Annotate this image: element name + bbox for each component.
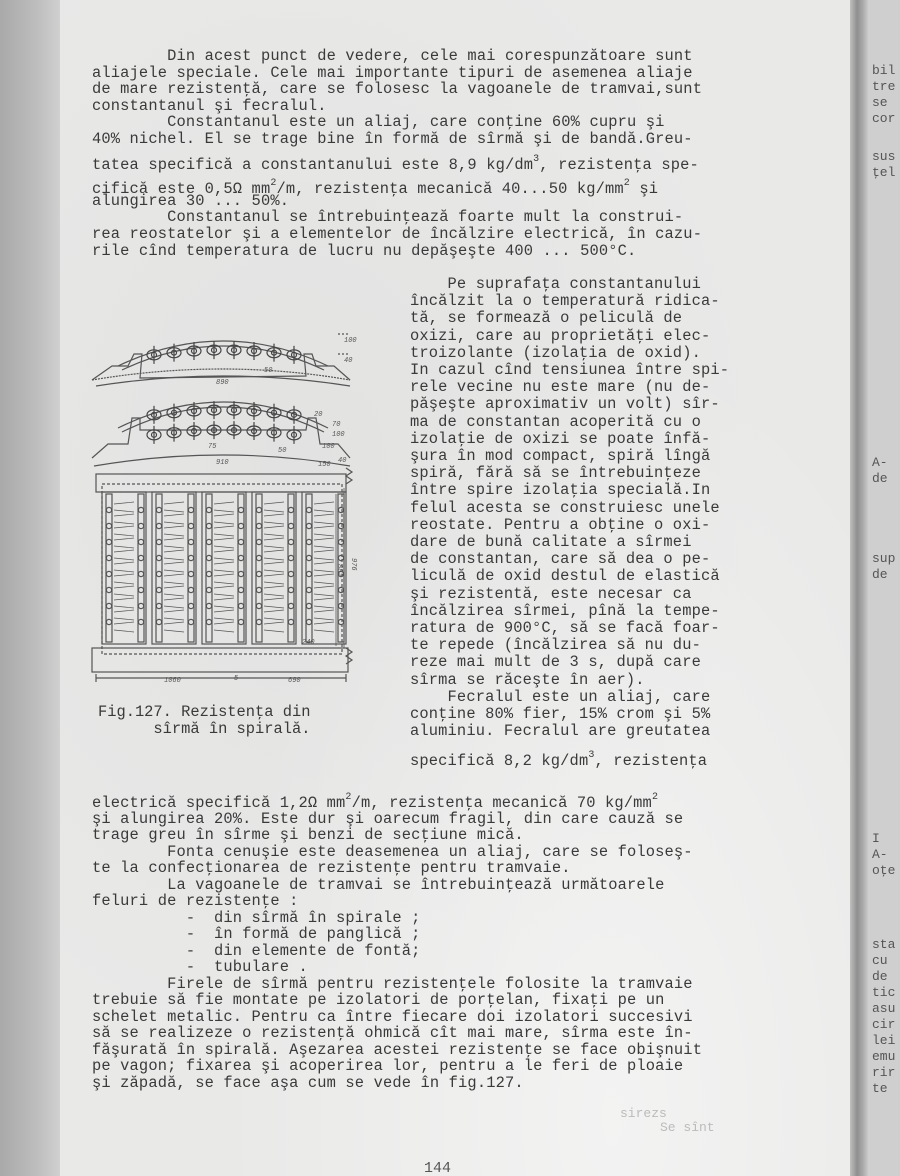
figure-caption-line: sîrmă în spirală. [98, 721, 310, 737]
column-right-line: ma de constantan acoperită cu o [410, 414, 701, 430]
column-right-line: de constantan, care să dea o pe- [410, 551, 710, 567]
column-right-line: şura în mod compact, spiră lîngă [410, 448, 710, 464]
paragraphs-bottom-line: La vagoanele de tramvai se întrebuinţeaz… [92, 877, 665, 893]
show-through-text: sirezs [620, 1106, 667, 1121]
column-right-line: între spire izolaţia specială.In [410, 482, 710, 498]
column-right-line: dare de bună calitate a sîrmei [410, 534, 692, 550]
column-right-line: In cazul cînd tensiunea între spi- [410, 362, 729, 378]
column-right-line: izolaţie de oxizi se poate înfă- [410, 431, 710, 447]
figure-127-resistor-drawing: 100 40 50 890 20 70 100 100 40 75 50 150… [88, 318, 358, 688]
column-right-line: oxizi, care au proprietăţi elec- [410, 328, 710, 344]
paragraphs-bottom-line: trage greu în sîrme şi benzi de secţiune… [92, 827, 524, 843]
paragraphs-bottom-line: - din elemente de fontă; [92, 943, 421, 959]
page-number: 144 [424, 1160, 451, 1176]
paragraphs-top-line: alungirea 30 ... 50%. [92, 193, 289, 209]
paragraphs-bottom-line: - în formă de panglică ; [92, 926, 421, 942]
paragraphs-bottom-line: te la confecţionarea de rezistenţe pentr… [92, 860, 571, 876]
column-right-line: aluminiu. Fecralul are greutatea [410, 723, 710, 739]
paragraphs-top-line: constantanul şi fecralul. [92, 98, 327, 114]
svg-text:40: 40 [344, 357, 352, 365]
adjacent-page-text-fragment: te [872, 1082, 888, 1096]
svg-text:20: 20 [314, 411, 322, 419]
paragraphs-top-line: de mare rezistenţă, care se folosesc la … [92, 81, 702, 97]
svg-text:690: 690 [288, 677, 301, 685]
book-gutter [850, 0, 868, 1176]
adjacent-page-text-fragment: de [872, 472, 888, 486]
svg-text:976: 976 [349, 558, 357, 571]
svg-text:70: 70 [332, 421, 340, 429]
adjacent-page-text-fragment: sus [872, 150, 895, 164]
adjacent-page-text-fragment: sup [872, 552, 895, 566]
paragraphs-bottom-line: schelet metalic. Pentru ca între fiecare… [92, 1009, 693, 1025]
column-right-line: troizolante (izolaţia de oxid). [410, 345, 701, 361]
svg-text:910: 910 [216, 459, 229, 467]
column-right-line: spiră, fără să se întrebuinţeze [410, 465, 701, 481]
column-right-line: ratura de 900°C, să se facă foar- [410, 620, 720, 636]
adjacent-page-text-fragment: cu [872, 954, 888, 968]
svg-text:890: 890 [216, 379, 229, 387]
svg-text:40: 40 [338, 457, 346, 465]
svg-text:75: 75 [208, 443, 217, 451]
svg-text:150: 150 [318, 461, 331, 469]
paragraphs-bottom-line: făşurată în spirală. Aşezarea acestei re… [92, 1042, 702, 1058]
resistor-diagram-icon: 100 40 50 890 20 70 100 100 40 75 50 150… [88, 318, 358, 688]
adjacent-page-text-fragment: cor [872, 112, 895, 126]
adjacent-page-text-fragment: I [872, 832, 880, 846]
column-right-line: reostate. Pentru a obţine o oxi- [410, 517, 710, 533]
adjacent-page-text-fragment: tre [872, 80, 895, 94]
svg-text:100: 100 [322, 443, 335, 451]
paragraphs-top-line: aliajele speciale. Cele mai importante t… [92, 65, 693, 81]
adjacent-page-text-fragment: asu [872, 1002, 895, 1016]
column-right-line: Fecralul este un aliaj, care [410, 689, 710, 705]
paragraphs-bottom-line: Firele de sîrmă pentru rezistenţele folo… [92, 976, 693, 992]
show-through-text: Se sînt [660, 1120, 715, 1135]
column-right-line: felul acesta se construiesc unele [410, 500, 720, 516]
column-right-line: conţine 80% fier, 15% crom şi 5% [410, 706, 710, 722]
svg-text:1060: 1060 [164, 677, 181, 685]
column-right-line: te repede (încălzirea să nu du- [410, 637, 701, 653]
svg-text:5: 5 [234, 675, 239, 683]
svg-text:100: 100 [344, 337, 357, 345]
column-right-line: liculă de oxid destul de elastică [410, 568, 720, 584]
paragraphs-top-line: 40% nichel. El se trage bine în formă de… [92, 131, 693, 147]
paragraphs-top-line: rea reostatelor şi a elementelor de încă… [92, 226, 702, 242]
column-right-line: tă, se formează o peliculă de [410, 310, 682, 326]
paragraphs-bottom-line: trebuie să fie montate pe izolatori de p… [92, 992, 665, 1008]
paragraphs-bottom-line: - tubulare . [92, 959, 308, 975]
paragraphs-bottom-line: electrică specifică 1,2Ω mm2/m, rezisten… [92, 790, 658, 811]
adjacent-page-text-fragment: A- [872, 456, 888, 470]
adjacent-page-text-fragment: oţe [872, 864, 895, 878]
adjacent-page-text-fragment: de [872, 970, 888, 984]
paragraphs-bottom-line: pe vagon; fixarea şi acoperirea lor, pen… [92, 1058, 683, 1074]
paragraphs-bottom-line: şi alungirea 20%. Este dur şi oarecum fr… [92, 811, 683, 827]
svg-text:50: 50 [264, 367, 272, 375]
column-right-line: specifică 8,2 kg/dm3, rezistenţa [410, 748, 707, 769]
adjacent-page-text-fragment: cir [872, 1018, 895, 1032]
column-right-line: sîrma se răceşte în aer). [410, 672, 645, 688]
svg-text:882: 882 [335, 564, 343, 577]
adjacent-page-text-fragment: de [872, 568, 888, 582]
adjacent-page-text-fragment: sta [872, 938, 895, 952]
scan-left-shadow [0, 0, 60, 1176]
paragraphs-bottom-line: şi zăpadă, se face aşa cum se vede în fi… [92, 1075, 524, 1091]
paragraphs-top-line: Din acest punct de vedere, cele mai core… [92, 48, 693, 64]
column-right-line: încălzit la o temperatură ridica- [410, 293, 720, 309]
adjacent-page-text-fragment: rir [872, 1066, 895, 1080]
paragraphs-bottom-line: feluri de rezistenţe : [92, 893, 299, 909]
paragraphs-top-line: tatea specifică a constantanului este 8,… [92, 152, 699, 173]
adjacent-page-text-fragment: ţel [872, 166, 895, 180]
paragraphs-bottom-line: Fonta cenuşie este deasemenea un aliaj, … [92, 844, 693, 860]
adjacent-page-text-fragment: A- [872, 848, 888, 862]
column-right-line: Pe suprafaţa constantanului [410, 276, 701, 292]
adjacent-page-edge: biltresecorsusţelA-desupdeIA-oţestacudet… [868, 0, 900, 1176]
column-right-line: încălzirea sîrmei, pînă la tempe- [410, 603, 720, 619]
paragraphs-top-line: rile cînd temperatura de lucru nu depăşe… [92, 243, 636, 259]
figure-caption-line: Fig.127. Rezistenţa din [98, 704, 310, 720]
svg-text:240: 240 [302, 639, 315, 647]
paragraphs-bottom-line: - din sîrmă în spirale ; [92, 910, 421, 926]
adjacent-page-text-fragment: emu [872, 1050, 895, 1064]
paragraphs-top-line: Constantanul se întrebuinţează foarte mu… [92, 209, 683, 225]
paragraphs-bottom-line: să se realizeze o rezistenţă ohmică cît … [92, 1025, 693, 1041]
adjacent-page-text-fragment: tic [872, 986, 895, 1000]
adjacent-page-text-fragment: lei [872, 1034, 895, 1048]
column-right-line: şi rezistentă, este necesar ca [410, 586, 692, 602]
paragraphs-top-line: Constantanul este un aliaj, care conţine… [92, 114, 665, 130]
adjacent-page-text-fragment: se [872, 96, 888, 110]
adjacent-page-text-fragment: bil [872, 64, 895, 78]
column-right-line: păşeşte aproximativ un volt) sîr- [410, 396, 720, 412]
column-right-line: reze mai mult de 3 s, după care [410, 654, 701, 670]
svg-text:100: 100 [332, 431, 345, 439]
column-right-line: rele vecine nu este mare (nu de- [410, 379, 710, 395]
svg-text:50: 50 [278, 447, 286, 455]
